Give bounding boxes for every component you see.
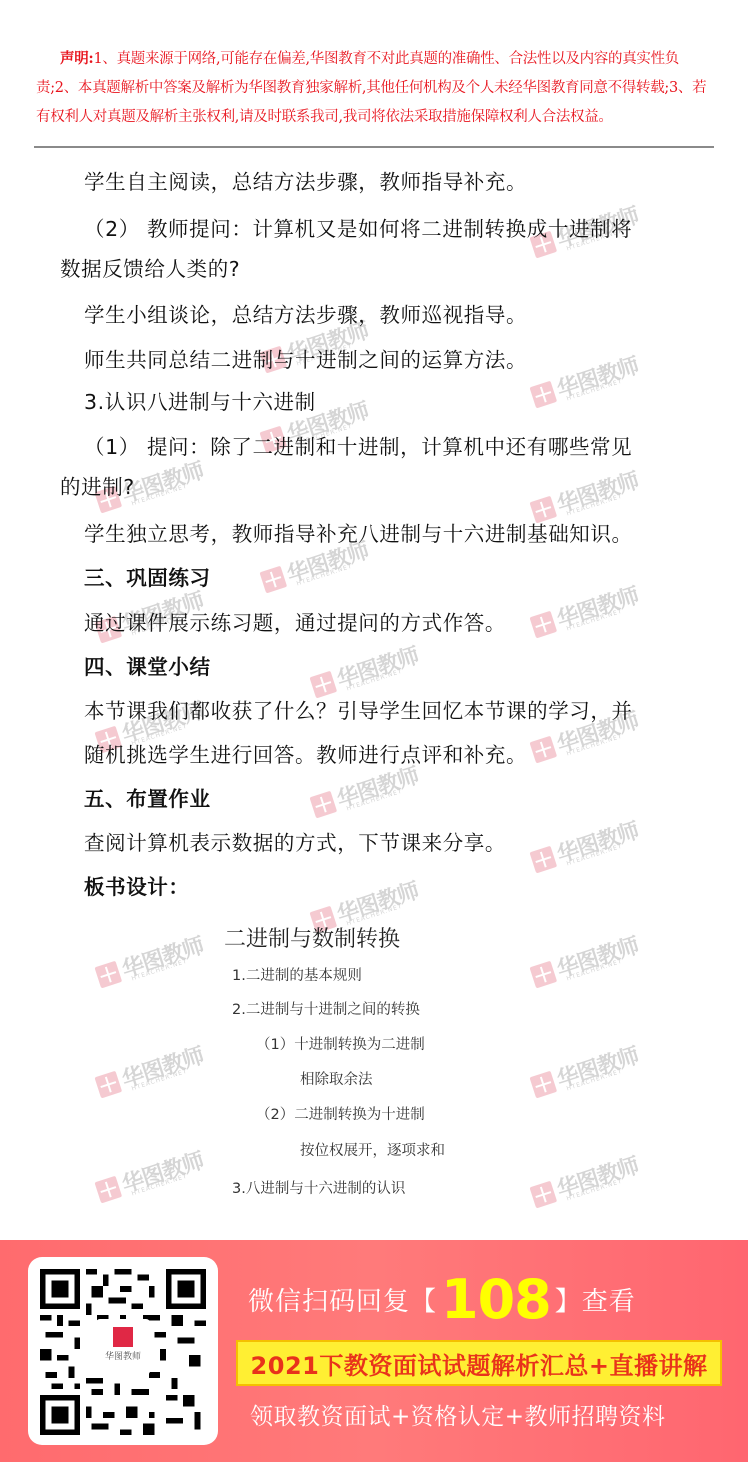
watermark-logo-icon <box>529 960 557 988</box>
board-item: （2）二进制转换为十进制 <box>256 1103 425 1124</box>
watermark: 华图教师HTEACHER.NET <box>528 1149 642 1212</box>
disclaimer-text: 1、真题来源于网络,可能存在偏差,华图教育不对此真题的准确性、合法性以及内容的真… <box>36 51 706 125</box>
watermark-logo-icon <box>529 1070 557 1098</box>
paragraph: 随机挑选学生进行回答。教师进行点评和补充。 <box>84 738 527 768</box>
watermark: 华图教师HTEACHER.NET <box>528 1039 642 1102</box>
watermark-logo-icon <box>94 960 122 988</box>
board-item: 1.二进制的基本规则 <box>232 964 362 985</box>
board-item: （1）十进制转换为二进制 <box>256 1033 425 1054</box>
watermark-logo-icon <box>259 565 287 593</box>
qr-code-card[interactable]: 华图教师 <box>28 1257 218 1445</box>
watermark-logo-icon <box>529 1180 557 1208</box>
section-heading: 3.认识八进制与十六进制 <box>84 385 316 415</box>
watermark: 华图教师HTEACHER.NET <box>308 759 422 822</box>
disclaimer: 声明:1、真题来源于网络,可能存在偏差,华图教育不对此真题的准确性、合法性以及内… <box>36 44 712 132</box>
watermark: 华图教师HTEACHER.NET <box>93 1039 207 1102</box>
board-title: 二进制与数制转换 <box>224 922 400 953</box>
board-item: 相除取余法 <box>300 1068 373 1089</box>
section-heading: 五、布置作业 <box>84 782 211 812</box>
board-item: 3.八进制与十六进制的认识 <box>232 1177 405 1198</box>
paragraph: 通过课件展示练习题，通过提问的方式作答。 <box>84 606 506 636</box>
section-heading: 四、课堂小结 <box>84 650 211 680</box>
paragraph: 数据反馈给人类的? <box>60 252 240 282</box>
watermark-logo-icon <box>94 1175 122 1203</box>
paragraph: 本节课我们都收获了什么？引导学生回忆本节课的学习，并 <box>84 694 633 724</box>
section-heading: 板书设计： <box>84 870 190 900</box>
watermark: 华图教师HTEACHER.NET <box>528 814 642 877</box>
reply-code: 108 <box>441 1268 551 1331</box>
board-item: 按位权展开，逐项求和 <box>300 1139 445 1160</box>
paragraph: 查阅计算机表示数据的方式，下节课来分享。 <box>84 826 506 856</box>
paragraph: 学生小组谈论，总结方法步骤，教师巡视指导。 <box>84 298 527 328</box>
divider <box>34 146 714 148</box>
paragraph: 学生自主阅读，总结方法步骤，教师指导补充。 <box>84 165 527 195</box>
watermark-logo-icon <box>529 735 557 763</box>
watermark: 华图教师HTEACHER.NET <box>528 579 642 642</box>
board-item: 2.二进制与十进制之间的转换 <box>232 998 420 1019</box>
watermark: 华图教师HTEACHER.NET <box>308 639 422 702</box>
paragraph: （1） 提问：除了二进制和十进制，计算机中还有哪些常见 <box>84 430 632 460</box>
resources-text: 领取教资面试+资格认定+教师招聘资料 <box>250 1398 666 1431</box>
qr-center-logo: 华图教师 <box>96 1319 150 1375</box>
scan-reply-instruction: 微信扫码回复【108】查看 <box>248 1268 636 1331</box>
highlight-text: 2021下教资面试试题解析汇总+直播讲解 <box>251 1346 708 1381</box>
promo-banner[interactable]: 华图教师 微信扫码回复【108】查看 2021下教资面试试题解析汇总+直播讲解 … <box>0 1240 748 1462</box>
section-heading: 三、巩固练习 <box>84 561 211 591</box>
disclaimer-lead: 声明: <box>60 50 93 67</box>
paragraph: 的进制? <box>60 470 135 500</box>
watermark: 华图教师HTEACHER.NET <box>93 929 207 992</box>
paragraph: 学生独立思考，教师指导补充八进制与十六进制基础知识。 <box>84 517 633 547</box>
watermark-logo-icon <box>94 1070 122 1098</box>
brand-logo-icon <box>113 1327 133 1347</box>
watermark-logo-icon <box>529 845 557 873</box>
watermark: 华图教师HTEACHER.NET <box>528 349 642 412</box>
paragraph: 师生共同总结二进制与十进制之间的运算方法。 <box>84 343 527 373</box>
highlight-box[interactable]: 2021下教资面试试题解析汇总+直播讲解 <box>236 1340 722 1386</box>
paragraph: （2） 教师提问：计算机又是如何将二进制转换成十进制将 <box>84 212 632 242</box>
watermark: 华图教师HTEACHER.NET <box>528 929 642 992</box>
watermark: 华图教师HTEACHER.NET <box>93 1144 207 1207</box>
watermark-logo-icon <box>529 380 557 408</box>
watermark-logo-icon <box>309 790 337 818</box>
watermark-logo-icon <box>529 610 557 638</box>
